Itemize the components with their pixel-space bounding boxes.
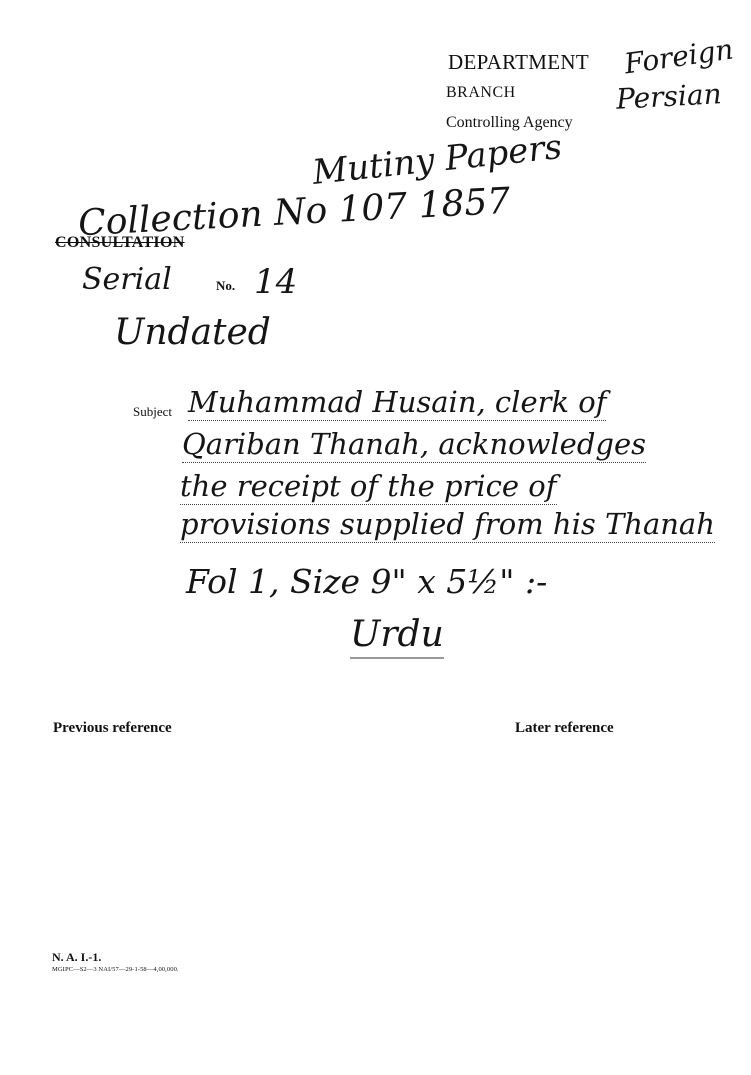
branch-value: Persian bbox=[615, 77, 722, 115]
subject-line: Muhammad Husain, clerk of bbox=[188, 384, 606, 421]
department-label: DEPARTMENT bbox=[448, 50, 589, 75]
form-code: N. A. I.-1. bbox=[52, 950, 101, 965]
later-reference-label: Later reference bbox=[515, 720, 614, 737]
record-date: Undated bbox=[114, 312, 271, 353]
language: Urdu bbox=[350, 614, 444, 659]
subject-line: the receipt of the price of bbox=[180, 468, 557, 505]
previous-reference-label: Previous reference bbox=[53, 720, 172, 737]
consultation-label-struck: CONSULTATION bbox=[55, 234, 185, 252]
printer-imprint: MGIPC—S2—3 NAI/57—29-1-58—4,00,000. bbox=[52, 966, 179, 973]
subject-line: Qariban Thanah, acknowledges bbox=[182, 426, 646, 463]
serial-number: 14 bbox=[254, 262, 297, 302]
subject-label: Subject bbox=[133, 404, 172, 420]
subject-line: provisions supplied from his Thanah bbox=[180, 506, 715, 543]
branch-label: BRANCH bbox=[446, 84, 516, 102]
serial-handwritten-label: Serial bbox=[82, 262, 172, 297]
handwritten-title: Mutiny Papers bbox=[311, 127, 564, 193]
serial-no-label: No. bbox=[216, 278, 235, 294]
department-value: Foreign bbox=[622, 33, 735, 81]
folio-size: Fol 1, Size 9" x 5½" :- bbox=[186, 562, 547, 601]
